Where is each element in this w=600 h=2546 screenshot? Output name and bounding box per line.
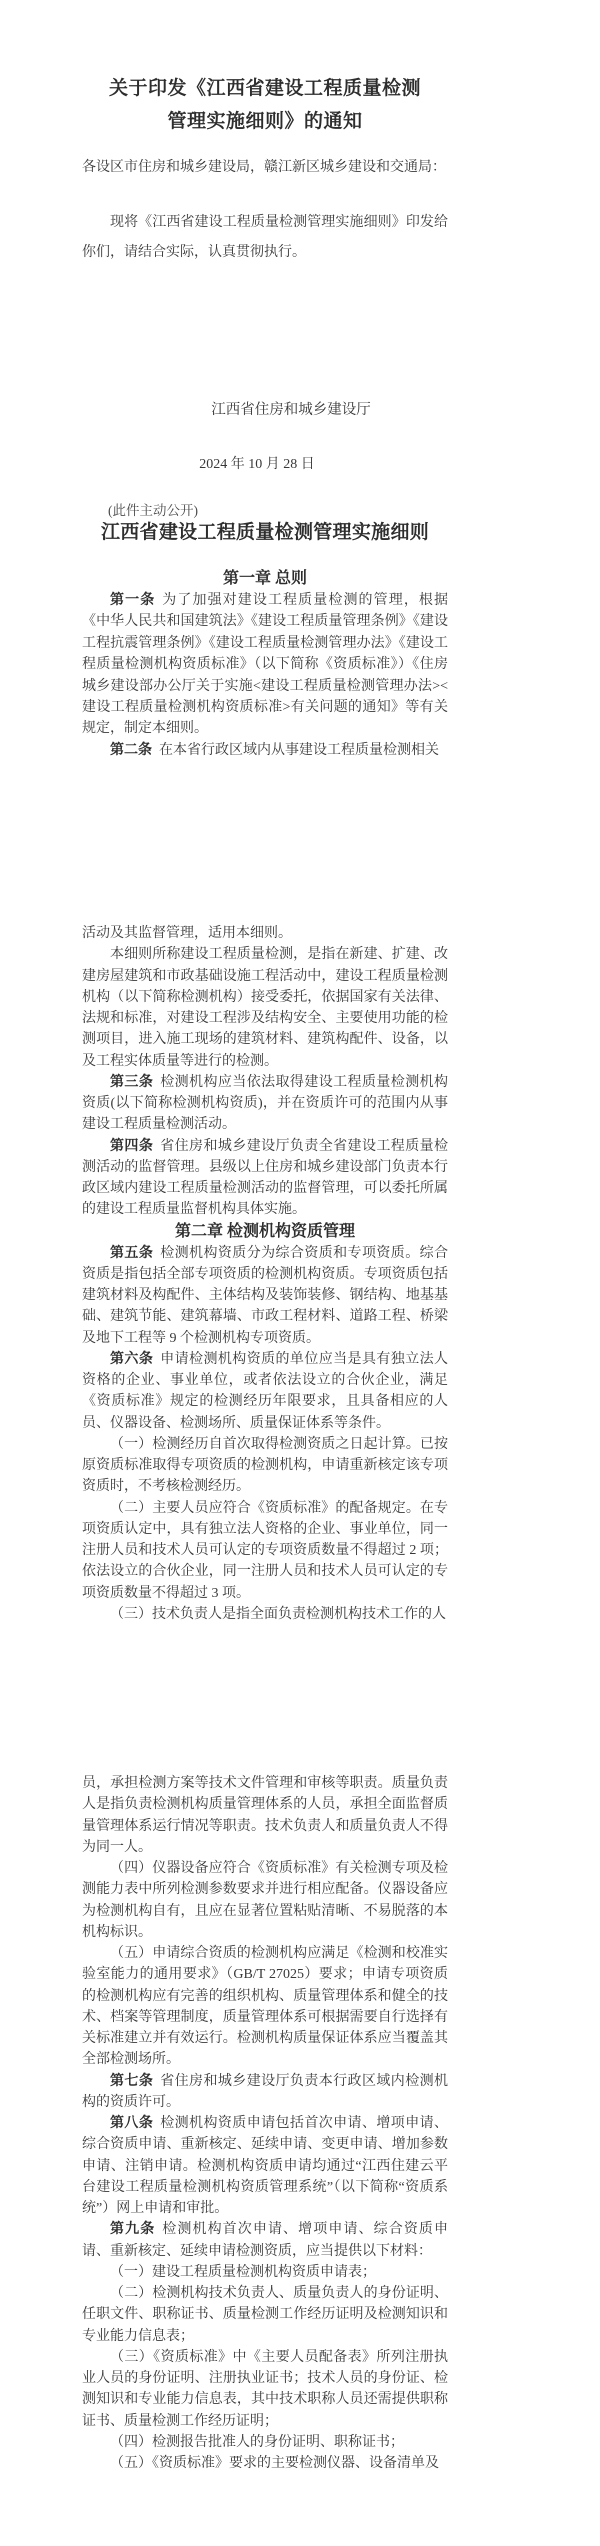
article-8-text: 检测机构资质申请包括首次申请、增项申请、综合资质申请、重新核定、延续申请、变更申… <box>82 2116 448 2216</box>
article-7-number: 第七条 <box>110 2074 153 2089</box>
article-6: 第六条申请检测机构资质的单位应当是具有独立法人资格的企业、事业单位，或者依法设立… <box>82 1349 448 1434</box>
article-9-item-1: （一）建设工程质量检测机构资质申请表； <box>82 2262 448 2283</box>
notice-title: 关于印发《江西省建设工程质量检测 管理实施细则》的通知 <box>82 72 448 138</box>
article-3: 第三条检测机构应当依法取得建设工程质量检测机构资质(以下简称检测机构资质)，并在… <box>82 1072 448 1136</box>
article-9-number: 第九条 <box>110 2222 155 2237</box>
article-2-number: 第二条 <box>110 743 152 758</box>
article-6-number: 第六条 <box>110 1352 153 1367</box>
article-1-text: 为了加强对建设工程质量检测的管理，根据《中华人民共和国建筑法》《建设工程质量管理… <box>82 593 448 736</box>
article-6-item-3-start: （三）技术负责人是指全面负责检测机构技术工作的人 <box>82 1604 448 1625</box>
article-4-number: 第四条 <box>110 1139 153 1154</box>
scanned-document: 关于印发《江西省建设工程质量检测 管理实施细则》的通知 各设区市住房和城乡建设局… <box>0 0 600 2546</box>
article-6-item-5: （五）申请综合资质的检测机构应满足《检测和校准实验室能力的通用要求》（GB/T … <box>82 1943 448 2071</box>
article-1-number: 第一条 <box>110 593 155 608</box>
issuer-signature: 江西省住房和城乡建设厅 <box>108 400 474 420</box>
article-4: 第四条省住房和城乡建设厅负责全省建设工程质量检测活动的监督管理。县级以上住房和城… <box>82 1136 448 1221</box>
notice-title-line-2: 管理实施细则》的通知 <box>82 105 448 138</box>
article-8: 第八条检测机构资质申请包括首次申请、增项申请、综合资质申请、重新核定、延续申请、… <box>82 2113 448 2219</box>
regulation-title: 江西省建设工程质量检测管理实施细则 <box>82 520 448 546</box>
article-9-item-3: （三）《资质标准》中《主要人员配备表》所列注册执业人员的身份证明、注册执业证书；… <box>82 2347 448 2432</box>
disclosure-note: (此件主动公开) <box>82 502 448 520</box>
notice-body-paragraph: 现将《江西省建设工程质量检测管理实施细则》印发给你们，请结合实际，认真贯彻执行。 <box>82 208 448 268</box>
chapter-1-heading: 第一章 总则 <box>82 568 448 590</box>
addressee-line: 各设区市住房和城乡建设局，赣江新区城乡建设和交通局： <box>82 157 448 178</box>
article-2-start: 第二条在本省行政区域内从事建设工程质量检测相关 <box>82 740 448 761</box>
article-3-number: 第三条 <box>110 1075 153 1090</box>
article-2-text: 在本省行政区域内从事建设工程质量检测相关 <box>159 743 439 758</box>
article-6-item-4: （四）仪器设备应符合《资质标准》有关检测专项及检测能力表中所列检测参数要求并进行… <box>82 1858 448 1943</box>
article-1: 第一条为了加强对建设工程质量检测的管理，根据《中华人民共和国建筑法》《建设工程质… <box>82 590 448 740</box>
article-6-item-3-continuation: 员，承担检测方案等技术文件管理和审核等职责。质量负责人是指负责检测机构质量管理体… <box>82 1773 448 1858</box>
article-2-paragraph-2: 本细则所称建设工程质量检测，是指在新建、扩建、改建房屋建筑和市政基础设施工程活动… <box>82 944 448 1072</box>
article-8-number: 第八条 <box>110 2116 153 2131</box>
notice-title-line-1: 关于印发《江西省建设工程质量检测 <box>82 72 448 105</box>
article-5-number: 第五条 <box>110 1246 153 1261</box>
document-page-3: 员，承担检测方案等技术文件管理和审核等职责。质量负责人是指负责检测机构质量管理体… <box>82 1773 448 2474</box>
document-page-1: 关于印发《江西省建设工程质量检测 管理实施细则》的通知 各设区市住房和城乡建设局… <box>82 72 448 761</box>
article-6-item-2: （二）主要人员应符合《资质标准》的配备规定。在专项资质认定中，具有独立法人资格的… <box>82 1498 448 1604</box>
chapter-2-heading: 第二章 检测机构资质管理 <box>82 1221 448 1243</box>
article-5: 第五条检测机构资质分为综合资质和专项资质。综合资质是指包括全部专项资质的检测机构… <box>82 1243 448 1349</box>
article-2-continuation: 活动及其监督管理，适用本细则。 <box>82 923 448 944</box>
article-9-item-2: （二）检测机构技术负责人、质量负责人的身份证明、任职文件、职称证书、质量检测工作… <box>82 2283 448 2347</box>
article-6-item-1: （一）检测经历自首次取得检测资质之日起计算。已按原资质标准取得专项资质的检测机构… <box>82 1434 448 1498</box>
document-page-2: 活动及其监督管理，适用本细则。 本细则所称建设工程质量检测，是指在新建、扩建、改… <box>82 923 448 1625</box>
article-9: 第九条检测机构首次申请、增项申请、综合资质申请、重新核定、延续申请检测资质，应当… <box>82 2219 448 2262</box>
issue-date: 2024 年 10 月 28 日 <box>74 455 440 475</box>
article-9-item-4: （四）检测报告批准人的身份证明、职称证书； <box>82 2432 448 2453</box>
article-9-item-5-start: （五）《资质标准》要求的主要检测仪器、设备清单及 <box>82 2453 448 2474</box>
article-7: 第七条省住房和城乡建设厅负责本行政区域内检测机构的资质许可。 <box>82 2071 448 2114</box>
